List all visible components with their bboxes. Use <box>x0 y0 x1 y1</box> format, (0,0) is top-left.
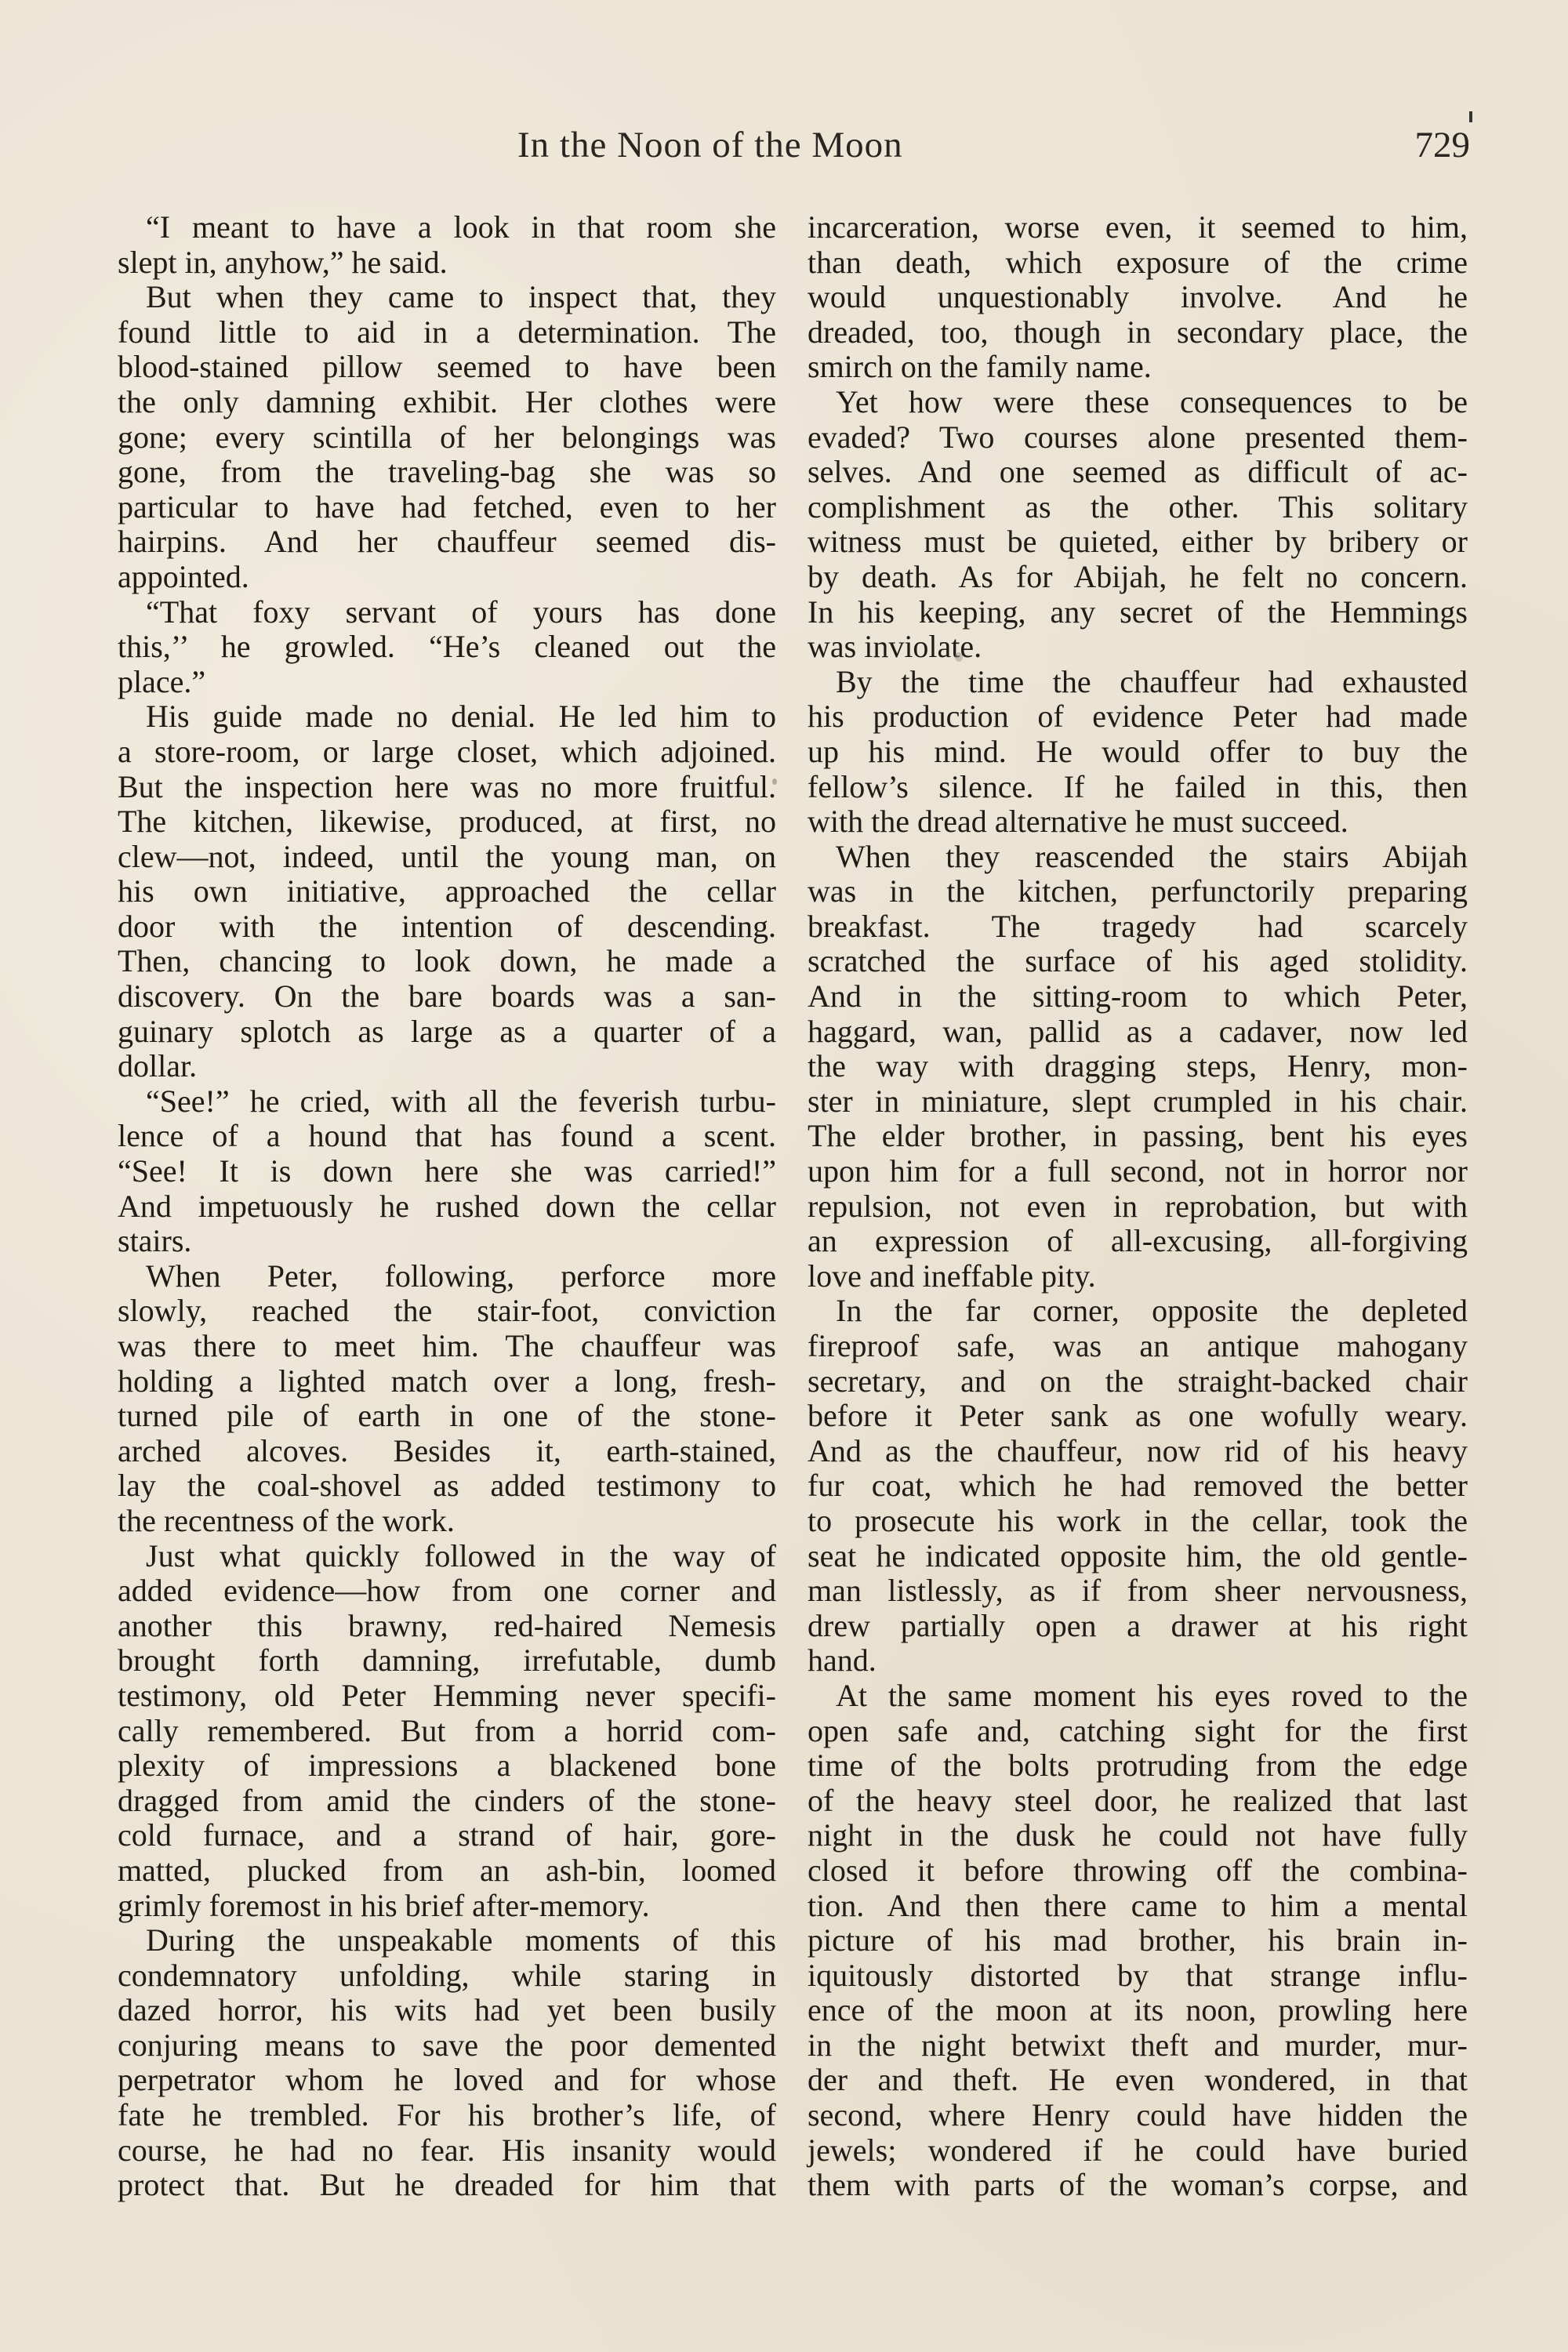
text-line: another this brawny, red-haired Nemesis <box>118 1609 776 1644</box>
paragraph: But when they came to inspect that, they… <box>118 280 776 594</box>
text-line: appointed. <box>118 560 776 595</box>
text-line: cold furnace, and a strand of hair, gore… <box>118 1818 776 1853</box>
text-line: plexity of impressions a blackened bone <box>118 1748 776 1784</box>
text-line: complishment as the other. This solitary <box>808 490 1468 525</box>
corner-crop-mark <box>1469 111 1472 122</box>
paragraph: Just what quickly followed in the way of… <box>118 1539 776 1924</box>
text-line: witness must be quieted, either by bribe… <box>808 524 1468 560</box>
text-line: the recentness of the work. <box>118 1504 776 1539</box>
text-line: with the dread alternative he must succe… <box>808 804 1468 840</box>
paragraph: “That foxy servant of yours has donethis… <box>118 595 776 700</box>
text-line: an expression of all-excusing, all-forgi… <box>808 1224 1468 1259</box>
text-line: At the same moment his eyes roved to the <box>808 1679 1468 1714</box>
paragraph: When Peter, following, perforce moreslow… <box>118 1259 776 1539</box>
text-line: And impetuously he rushed down the cella… <box>118 1189 776 1225</box>
text-line: slept in, anyhow,” he said. <box>118 245 776 281</box>
text-line: His guide made no denial. He led him to <box>118 699 776 735</box>
text-line: his production of evidence Peter had mad… <box>808 699 1468 735</box>
text-line: secretary, and on the straight-backed ch… <box>808 1364 1468 1399</box>
text-line: dragged from amid the cinders of the sto… <box>118 1784 776 1819</box>
text-line: night in the dusk he could not have full… <box>808 1818 1468 1853</box>
text-line: closed it before throwing off the combin… <box>808 1853 1468 1889</box>
text-line: testimony, old Peter Hemming never speci… <box>118 1679 776 1714</box>
text-line: But the inspection here was no more frui… <box>118 770 776 805</box>
text-line: open safe and, catching sight for the fi… <box>808 1714 1468 1749</box>
paragraph: incarceration, worse even, it seemed to … <box>808 210 1468 385</box>
text-line: fur coat, which he had removed the bette… <box>808 1468 1468 1504</box>
text-line: fireproof safe, was an antique mahogany <box>808 1329 1468 1364</box>
text-line: lence of a hound that has found a scent. <box>118 1119 776 1154</box>
text-line: place.” <box>118 665 776 700</box>
text-line: haggard, wan, pallid as a cadaver, now l… <box>808 1014 1468 1050</box>
text-line: slowly, reached the stair-foot, convicti… <box>118 1294 776 1329</box>
text-line: The kitchen, likewise, produced, at firs… <box>118 804 776 840</box>
text-line: ence of the moon at its noon, prowling h… <box>808 1993 1468 2028</box>
text-line: door with the intention of descending. <box>118 909 776 945</box>
text-line: “That foxy servant of yours has done <box>118 595 776 630</box>
paragraph: At the same moment his eyes roved to the… <box>808 1679 1468 2203</box>
text-line: them with parts of the woman’s corpse, a… <box>808 2168 1468 2203</box>
text-line: In the far corner, opposite the depleted <box>808 1294 1468 1329</box>
text-line: turned pile of earth in one of the stone… <box>118 1399 776 1434</box>
paragraph: “See!” he cried, with all the feverish t… <box>118 1084 776 1259</box>
text-line: “See!” he cried, with all the feverish t… <box>118 1084 776 1120</box>
paragraph: “I meant to have a look in that room she… <box>118 210 776 280</box>
text-line: breakfast. The tragedy had scarcely <box>808 909 1468 945</box>
text-line: By the time the chauffeur had exhausted <box>808 665 1468 700</box>
text-line: fate he trembled. For his brother’s life… <box>118 2098 776 2133</box>
text-line: incarceration, worse even, it seemed to … <box>808 210 1468 245</box>
running-title: In the Noon of the Moon <box>517 124 903 166</box>
text-line: by death. As for Abijah, he felt no conc… <box>808 560 1468 595</box>
left-text-column: “I meant to have a look in that room she… <box>118 210 776 2203</box>
text-line: this,’’ he growled. “He’s cleaned out th… <box>118 630 776 665</box>
text-line: than death, which exposure of the crime <box>808 245 1468 281</box>
text-line: in the night betwixt theft and murder, m… <box>808 2028 1468 2063</box>
text-line: picture of his mad brother, his brain in… <box>808 1923 1468 1958</box>
text-line: the way with dragging steps, Henry, mon- <box>808 1049 1468 1084</box>
text-line: added evidence—how from one corner and <box>118 1573 776 1609</box>
paragraph: By the time the chauffeur had exhaustedh… <box>808 665 1468 840</box>
text-line: dreaded, too, though in secondary place,… <box>808 315 1468 350</box>
paragraph: His guide made no denial. He led him toa… <box>118 699 776 1084</box>
text-line: time of the bolts protruding from the ed… <box>808 1748 1468 1784</box>
text-line: evaded? Two courses alone presented them… <box>808 420 1468 456</box>
right-text-column: incarceration, worse even, it seemed to … <box>808 210 1468 2203</box>
paper-speck <box>955 652 963 662</box>
text-line: iquitously distorted by that strange inf… <box>808 1958 1468 1994</box>
paragraph: In the far corner, opposite the depleted… <box>808 1294 1468 1679</box>
text-line: upon him for a full second, not in horro… <box>808 1154 1468 1189</box>
text-line: grimly foremost in his brief after-memor… <box>118 1889 776 1924</box>
text-line: And as the chauffeur, now rid of his hea… <box>808 1434 1468 1469</box>
text-line: smirch on the family name. <box>808 350 1468 385</box>
paragraph: During the unspeakable moments of thisco… <box>118 1923 776 2203</box>
text-line: perpetrator whom he loved and for whose <box>118 2063 776 2098</box>
text-line: scratched the surface of his aged stolid… <box>808 944 1468 979</box>
text-line: fellow’s silence. If he failed in this, … <box>808 770 1468 805</box>
text-line: love and ineffable pity. <box>808 1259 1468 1294</box>
text-line: a store-room, or large closet, which adj… <box>118 735 776 770</box>
text-line: was inviolate. <box>808 630 1468 665</box>
text-line: But when they came to inspect that, they <box>118 280 776 315</box>
text-line: conjuring means to save the poor demente… <box>118 2028 776 2063</box>
text-line: particular to have had fetched, even to … <box>118 490 776 525</box>
text-line: his own initiative, approached the cella… <box>118 874 776 909</box>
paper-speck <box>772 779 777 785</box>
text-line: clew—not, indeed, until the young man, o… <box>118 840 776 875</box>
text-line: matted, plucked from an ash-bin, loomed <box>118 1853 776 1889</box>
text-line: of the heavy steel door, he realized tha… <box>808 1784 1468 1819</box>
text-line: drew partially open a drawer at his righ… <box>808 1609 1468 1644</box>
text-line: discovery. On the bare boards was a san- <box>118 979 776 1014</box>
text-line: blood-stained pillow seemed to have been <box>118 350 776 385</box>
text-line: During the unspeakable moments of this <box>118 1923 776 1958</box>
page-number: 729 <box>1415 124 1471 166</box>
text-line: arched alcoves. Besides it, earth-staine… <box>118 1434 776 1469</box>
text-line: was there to meet him. The chauffeur was <box>118 1329 776 1364</box>
text-line: the only damning exhibit. Her clothes we… <box>118 385 776 420</box>
text-line: ster in miniature, slept crumpled in his… <box>808 1084 1468 1120</box>
text-line: selves. And one seemed as difficult of a… <box>808 455 1468 490</box>
text-line: Just what quickly followed in the way of <box>118 1539 776 1574</box>
text-line: repulsion, not even in reprobation, but … <box>808 1189 1468 1225</box>
text-line: In his keeping, any secret of the Hemmin… <box>808 595 1468 630</box>
text-line: to prosecute his work in the cellar, too… <box>808 1504 1468 1539</box>
text-line: When Peter, following, perforce more <box>118 1259 776 1294</box>
text-line: condemnatory unfolding, while staring in <box>118 1958 776 1994</box>
paragraph: When they reascended the stairs Abijahwa… <box>808 840 1468 1294</box>
running-head: In the Noon of the Moon 729 <box>118 118 1470 172</box>
text-line: hairpins. And her chauffeur seemed dis- <box>118 524 776 560</box>
text-line: gone; every scintilla of her belongings … <box>118 420 776 456</box>
text-line: second, where Henry could have hidden th… <box>808 2098 1468 2133</box>
text-line: stairs. <box>118 1224 776 1259</box>
text-line: protect that. But he dreaded for him tha… <box>118 2168 776 2203</box>
text-line: der and theft. He even wondered, in that <box>808 2063 1468 2098</box>
text-line: dazed horror, his wits had yet been busi… <box>118 1993 776 2028</box>
text-line: would unquestionably involve. And he <box>808 280 1468 315</box>
paragraph: Yet how were these consequences to beeva… <box>808 385 1468 665</box>
text-line: gone, from the traveling-bag she was so <box>118 455 776 490</box>
text-line: lay the coal-shovel as added testimony t… <box>118 1468 776 1504</box>
text-line: hand. <box>808 1643 1468 1679</box>
text-line: holding a lighted match over a long, fre… <box>118 1364 776 1399</box>
text-line: The elder brother, in passing, bent his … <box>808 1119 1468 1154</box>
text-line: course, he had no fear. His insanity wou… <box>118 2133 776 2169</box>
text-line: jewels; wondered if he could have buried <box>808 2133 1468 2169</box>
text-line: seat he indicated opposite him, the old … <box>808 1539 1468 1574</box>
text-line: And in the sitting-room to which Peter, <box>808 979 1468 1014</box>
text-line: tion. And then there came to him a menta… <box>808 1889 1468 1924</box>
text-line: man listlessly, as if from sheer nervous… <box>808 1573 1468 1609</box>
text-line: cally remembered. But from a horrid com- <box>118 1714 776 1749</box>
text-line: dollar. <box>118 1049 776 1084</box>
text-line: was in the kitchen, perfunctorily prepar… <box>808 874 1468 909</box>
text-line: before it Peter sank as one wofully wear… <box>808 1399 1468 1434</box>
text-line: “See! It is down here she was carried!” <box>118 1154 776 1189</box>
text-line: When they reascended the stairs Abijah <box>808 840 1468 875</box>
text-line: guinary splotch as large as a quarter of… <box>118 1014 776 1050</box>
text-line: “I meant to have a look in that room she <box>118 210 776 245</box>
text-line: brought forth damning, irrefutable, dumb <box>118 1643 776 1679</box>
text-line: up his mind. He would offer to buy the <box>808 735 1468 770</box>
text-line: found little to aid in a determination. … <box>118 315 776 350</box>
magazine-page: In the Noon of the Moon 729 “I meant to … <box>0 0 1568 2352</box>
text-line: Then, chancing to look down, he made a <box>118 944 776 979</box>
text-line: Yet how were these consequences to be <box>808 385 1468 420</box>
